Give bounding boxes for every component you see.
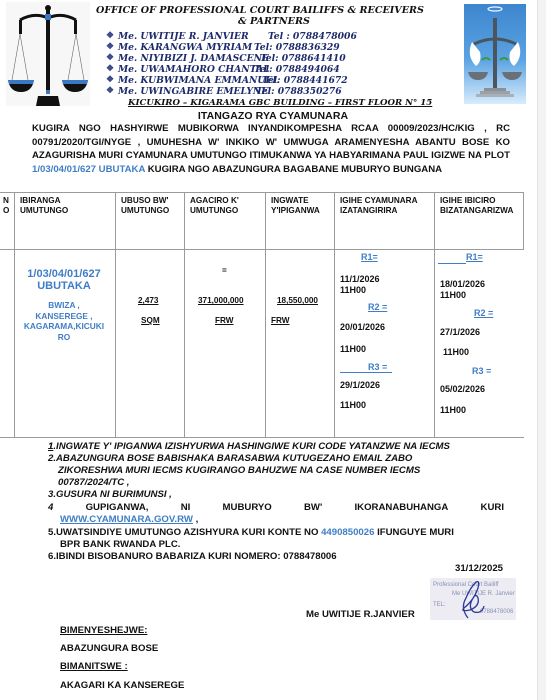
condition-5-text: 5.UWATSINDIYE UMUTUNGO AZISHYURA KURI KO…	[48, 527, 321, 538]
underline	[340, 372, 392, 373]
diamond-bullet-icon: ❖	[106, 64, 114, 75]
stamp-text: TEL:	[433, 602, 446, 608]
plot-number: 1/03/04/01/627 UBUTAKA	[32, 164, 145, 175]
word: NI	[181, 502, 191, 514]
table-border	[265, 192, 266, 438]
partner-phone: Tel: 0788836329	[254, 42, 340, 53]
announce-round-1-label: R1=	[466, 252, 483, 262]
table-border	[334, 192, 335, 438]
word: BW'	[304, 502, 322, 514]
intro-text: KUGIRA NGO HASHYIRWE MUBIKORWA INYANDIKO…	[32, 123, 510, 161]
table-border	[523, 192, 524, 249]
condition-1-text: 1.INGWATE Y' IPIGANWA IZISHYURWA HASHING…	[48, 441, 450, 452]
partner-name: Me. KUBWIMANA EMMANUEL	[118, 75, 279, 86]
announce-round-1-date: 18/01/2026 11H00	[440, 279, 485, 301]
header-price-announcement: IGIHE IBICIRO BIZATANGARIZWA	[440, 196, 513, 216]
round-2-label: R2 =	[368, 302, 387, 312]
diamond-bullet-icon: ❖	[106, 42, 114, 53]
signature-scribble-icon	[450, 578, 490, 620]
informed-label: BIMENYESHEJWE:	[60, 625, 147, 636]
partner-name: Me. KARANGWA MYRIAM	[118, 42, 252, 53]
condition-2-line2: ZIKORESHWA MURI IECMS KUGIRANGO BAHUZWE …	[58, 465, 522, 477]
property-location: BWIZA , KANSEREGE , KAGARAMA,KICUKI RO	[16, 300, 112, 342]
page-edge-scrollbar[interactable]	[537, 0, 546, 700]
table-border	[115, 192, 116, 438]
diamond-bullet-icon: ❖	[106, 53, 114, 64]
table-border	[0, 192, 524, 193]
informed-recipients: ABAZUNGURA BOSE	[60, 643, 158, 654]
office-name-line1: OFFICE OF PROFESSIONAL COURT BAILIFFS & …	[96, 5, 424, 16]
cyamunara-website-link[interactable]: WWW.CYAMUNARA.GOV.RW	[60, 514, 193, 525]
office-name-line2: & PARTNERS	[238, 16, 310, 27]
condition-4: 4 GUPIGANWA, NI MUBURYO BW' IKORANABUHAN…	[48, 502, 504, 514]
diamond-bullet-icon: ❖	[106, 31, 114, 42]
office-address: KICUKIRO – KIGARAMA GBC BUILDING – FIRST…	[128, 98, 432, 108]
area-value: 2,473	[138, 296, 159, 305]
round-3-time: 11H00	[340, 400, 366, 410]
diamond-bullet-icon: ❖	[106, 75, 114, 86]
punctuation: ,	[193, 514, 198, 525]
property-value: 371,000,000	[198, 296, 244, 305]
partner-name: Me. UWITIJE R. JANVIER	[118, 31, 249, 42]
condition-4-number: 4	[48, 502, 53, 514]
property-plot: 1/03/04/01/627 UBUTAKA	[16, 268, 112, 292]
announce-round-3-date: 05/02/2026	[440, 384, 485, 394]
signer-name: Me UWITIJE R.JANVIER	[306, 609, 415, 620]
condition-5-bank: BPR BANK RWANDA PLC.	[60, 539, 524, 551]
table-border	[0, 437, 524, 438]
round-3-date: 29/1/2026	[340, 380, 380, 390]
round-2-date: 20/01/2026	[340, 322, 385, 332]
condition-6: 6.IBINDI BISOBANURO BABARIZA KURI NOMERO…	[48, 551, 512, 563]
property-table: N O IBIRANGA UMUTUNGO UBUSO BW' UMUTUNGO…	[0, 192, 524, 438]
deposit-value: 18,550,000	[277, 296, 318, 305]
condition-5-text-end: IFUNGUYE MURI	[374, 527, 453, 538]
header-deposit: INGWATE Y'IPIGANWA	[271, 196, 320, 216]
notice-intro: KUGIRA NGO HASHYIRWE MUBIKORWA INYANDIKO…	[32, 122, 510, 176]
posted-label: BIMANITSWE :	[60, 661, 128, 672]
partner-phone: Tel: 0788494064	[254, 64, 340, 75]
partner-phone: Tel: 0788350276	[256, 86, 342, 97]
table-border	[184, 192, 185, 438]
word: IKORANABUHANGA	[355, 502, 449, 514]
diamond-bullet-icon: ❖	[106, 86, 114, 97]
announce-round-2-time: 11H00	[443, 347, 469, 357]
notice-date: 31/12/2025	[455, 563, 503, 574]
partner-phone: Tel: 0788441672	[262, 75, 348, 86]
bank-account-number: 4490850026	[321, 527, 374, 538]
header-cut-no: N O	[3, 196, 9, 216]
notice-title: ITANGAZO RYA CYAMUNARA	[0, 110, 546, 122]
word: KURI	[481, 502, 504, 514]
round-2-time: 11H00	[340, 344, 366, 354]
announce-round-2-date: 27/1/2026	[440, 327, 480, 337]
partner-name: Me. NIYIBIZI J. DAMASCENE	[118, 53, 269, 64]
condition-2-line1: 2.ABAZUNGURA BOSE BABISHAKA BARASABWA KU…	[48, 453, 512, 465]
justice-doves-emblem-icon	[464, 4, 526, 104]
value-prefix: =	[222, 266, 227, 275]
partner-name: Me. UWINGABIRE EMELYNE	[118, 86, 268, 97]
scales-of-justice-icon	[6, 2, 90, 106]
table-border	[434, 192, 435, 438]
condition-1: 11.INGWATE Y' IPIGANWA IZISHYURWA HASHIN…	[48, 441, 512, 453]
round-1-label: R1=	[361, 252, 378, 262]
official-stamp: Professional Court Bailiff Me UWITIJE R.…	[430, 578, 516, 620]
condition-4-link-line: WWW.CYAMUNARA.GOV.RW ,	[60, 514, 524, 526]
auction-notice-document: OFFICE OF PROFESSIONAL COURT BAILIFFS & …	[0, 0, 546, 700]
word: MUBURYO	[223, 502, 272, 514]
condition-5: 5.UWATSINDIYE UMUTUNGO AZISHYURA KURI KO…	[48, 527, 512, 539]
date: 11/1/2026	[340, 274, 380, 285]
round-3-label: R3 =	[368, 362, 387, 372]
header-area: UBUSO BW' UMUTUNGO	[121, 196, 169, 216]
word: GUPIGANWA,	[86, 502, 149, 514]
header-property-details: IBIRANGA UMUTUNGO	[20, 196, 68, 216]
posted-location: AKAGARI KA KANSEREGE	[60, 680, 184, 691]
underline	[438, 263, 466, 264]
table-border	[0, 249, 524, 250]
header-value: AGACIRO K' UMUTUNGO	[190, 196, 239, 216]
intro-text-end: KUGIRA NGO ABAZUNGURA BAGABANE MUBURYO B…	[145, 164, 442, 175]
date: 18/01/2026	[440, 279, 485, 290]
deposit-unit: FRW	[271, 316, 290, 325]
condition-2-line3: 00787/2024/TC ,	[58, 477, 522, 489]
partner-name: Me. UWAMAHORO CHANTAL	[118, 64, 270, 75]
time: 11H00	[440, 290, 485, 301]
announce-round-3-label: R3 =	[472, 366, 491, 376]
announce-round-3-time: 11H00	[440, 405, 466, 415]
table-border	[14, 192, 15, 438]
time: 11H00	[340, 285, 380, 296]
partner-phone: Tel : 0788478006	[268, 31, 357, 42]
partner-phone: Tel: 0788641410	[260, 53, 346, 64]
round-1-date: 11/1/2026 11H00	[340, 274, 380, 296]
announce-round-2-label: R2 =	[474, 308, 493, 318]
header-auction-start: IGIHE CYAMUNARA IZATANGIRIRA	[340, 196, 417, 216]
area-unit: SQM	[141, 316, 160, 325]
condition-3: 3.GUSURA NI BURIMUNSI ,	[48, 489, 512, 501]
value-unit: FRW	[215, 316, 234, 325]
